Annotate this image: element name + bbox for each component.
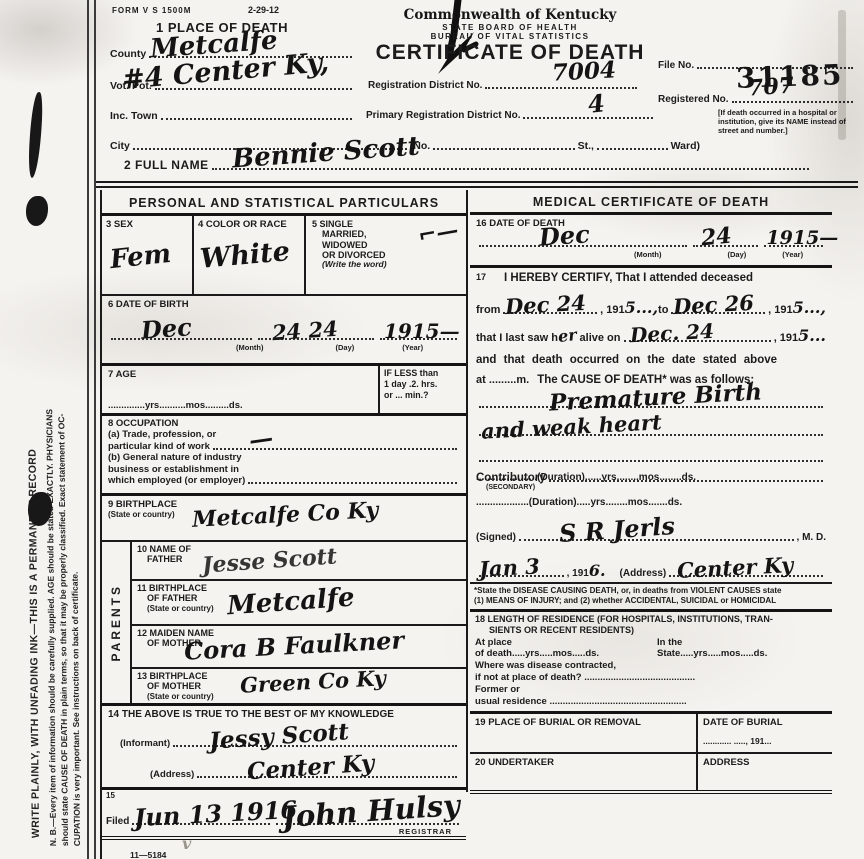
- occupation-a-line2-label: particular kind of work: [108, 441, 210, 452]
- disease-contracted-line1: Where was disease contracted,: [475, 660, 827, 672]
- column-divider-rule: [466, 190, 468, 792]
- cause-label: The CAUSE OF DEATH* was as follows:: [537, 374, 754, 386]
- scanned-death-certificate-page: { "margin": { "nb_line1": "N. B.—Every i…: [0, 0, 864, 859]
- bureau-heading: BUREAU OF VITAL STATISTICS: [375, 32, 645, 41]
- votpot-leader: [155, 88, 352, 90]
- state-board-heading: STATE BOARD OF HEALTH: [375, 23, 645, 32]
- at-place-cell: At place of death.....yrs.....mos.....ds…: [475, 637, 657, 661]
- inctown-row: Inc. Town: [110, 110, 355, 122]
- at-place-line2: of death.....yrs.....mos.....ds.: [475, 648, 657, 660]
- filed-row: 15 Filed Jun 13 1916 John Hulsy REGISTRA…: [102, 790, 466, 840]
- father-birthplace-row: 11 BIRTHPLACE OF FATHER (State or countr…: [132, 581, 466, 626]
- sex-cell: 3 SEX Fem: [102, 216, 194, 294]
- registrar-label: REGISTRAR: [106, 827, 462, 836]
- sex-race-marital-row: 3 SEX Fem 4 COLOR OR RACE White 5 SINGLE…: [102, 216, 466, 296]
- registration-district-label: Registration District No.: [368, 80, 482, 91]
- father-birthplace-note: (State or country): [137, 604, 461, 613]
- footnote-line-1: *State the DISEASE CAUSING DEATH, or, in…: [474, 586, 828, 596]
- cause-leader-2: and weak heart: [479, 432, 823, 436]
- cause-handwritten-2: and weak heart: [481, 411, 663, 441]
- parents-strip: PARENTS: [102, 542, 130, 703]
- birthplace-label: 9 BIRTHPLACE: [108, 499, 460, 510]
- in-state-line1: In the: [657, 637, 827, 649]
- dod-line: Dec 24 1915—: [476, 243, 826, 249]
- birthplace-row: 9 BIRTHPLACE (State or country) Metcalfe…: [102, 496, 466, 542]
- at-label: at .........m.: [476, 374, 529, 386]
- street-no-leader: [433, 148, 574, 150]
- if-less-line2: 1 day .2. hrs.: [384, 379, 462, 390]
- header-divider-rule: [96, 181, 858, 188]
- mother-name-row: 12 MAIDEN NAME OF MOTHER Cora B Faulkner: [132, 626, 466, 669]
- lastsaw-handwritten: Dec. 24: [629, 321, 714, 345]
- binding-rule-inner: [94, 0, 96, 859]
- attest-label: 14 THE ABOVE IS TRUE TO THE BEST OF MY K…: [108, 709, 460, 720]
- informant-address-leader: Center Ky: [197, 774, 457, 778]
- file-no-label: File No.: [658, 60, 694, 71]
- former-residence-line1: Former or: [475, 684, 827, 696]
- dob-label: 6 DATE OF BIRTH: [108, 299, 460, 310]
- dod-month-leader: Dec: [479, 243, 687, 247]
- dob-year-handwritten: 1915—: [384, 321, 460, 341]
- filed-date-handwritten: Jun 13 1916: [134, 798, 298, 831]
- marital-label-1: 5 SINGLE: [312, 219, 460, 229]
- occupation-b-line2: business or establishment in: [108, 464, 460, 475]
- inctown-label: Inc. Town: [110, 110, 158, 122]
- registered-no-label: Registered No.: [658, 94, 729, 105]
- sex-label: 3 SEX: [106, 219, 188, 230]
- medical-title-bar: MEDICAL CERTIFICATE OF DEATH: [470, 190, 832, 215]
- parents-block: PARENTS 10 NAME OF FATHER Jesse Scott 11…: [102, 542, 466, 706]
- personal-title: PERSONAL AND STATISTICAL PARTICULARS: [129, 196, 439, 210]
- burial-place-label: 19 PLACE OF BURIAL OR REMOVAL: [475, 717, 691, 728]
- lastsaw-year-prefix: , 191: [774, 332, 798, 344]
- to-label: to: [658, 304, 668, 316]
- place-of-death-heading: 1 PLACE OF DEATH: [156, 20, 288, 35]
- occupation-label: 8 OCCUPATION: [108, 418, 460, 429]
- from-year-handwritten: 5...,: [625, 300, 658, 316]
- informant-leader: Jessy Scott: [173, 743, 457, 747]
- occupation-b-leader: [248, 482, 457, 484]
- occupation-b-line3: which employed (or employer): [108, 475, 460, 486]
- county-label: County: [110, 48, 146, 60]
- informant-address-handwritten: Center Ky: [247, 752, 376, 784]
- dod-row: 16 DATE OF DEATH Dec 24 1915— (Month) (D…: [470, 215, 832, 268]
- age-label: 7 AGE: [108, 369, 372, 380]
- registration-district-leader: [485, 87, 637, 89]
- lastsaw-leader: Dec. 24: [624, 338, 771, 342]
- dob-row: 6 DATE OF BIRTH Dec 24 24 1915— (Month) …: [102, 296, 466, 366]
- signed-leader: S R Jerls: [519, 537, 794, 541]
- burial-row: 19 PLACE OF BURIAL OR REMOVAL DATE OF BU…: [470, 714, 832, 754]
- burial-place-cell: 19 PLACE OF BURIAL OR REMOVAL: [470, 714, 698, 752]
- ward-label: Ward): [671, 140, 700, 152]
- mother-name-label-1: 12 MAIDEN NAME: [137, 628, 461, 638]
- if-less-line1: IF LESS than: [384, 368, 462, 379]
- city-label: City: [110, 140, 130, 152]
- informant-line: (Informant) Jessy Scott: [120, 738, 460, 749]
- dod-year-caption: (Year): [782, 250, 803, 259]
- contributory-label: Contributory: [476, 472, 546, 484]
- sign-address-handwritten: Center Ky: [677, 554, 794, 581]
- dod-year-leader: 1915—: [764, 243, 823, 247]
- sign-year-handwritten: 6.: [589, 563, 606, 579]
- medical-title: MEDICAL CERTIFICATE OF DEATH: [533, 195, 769, 209]
- secondary-label: (SECONDARY): [486, 484, 826, 491]
- dod-caption-line: (Month) (Day) (Year): [476, 250, 826, 259]
- undertaker-address-label: ADDRESS: [703, 757, 827, 768]
- occupation-a-leader: —: [213, 446, 457, 450]
- commonwealth-heading: Commonwealth of Kentucky: [375, 7, 645, 23]
- dod-day-caption: (Day): [727, 250, 746, 259]
- dob-month-caption: (Month): [236, 343, 263, 352]
- registrar-signature-leader: John Hulsy: [276, 821, 459, 825]
- medical-column: MEDICAL CERTIFICATE OF DEATH 16 DATE OF …: [470, 190, 832, 794]
- full-name-row: 2 FULL NAME: [124, 158, 812, 172]
- in-state-cell: In the State.....yrs.....mos.....ds.: [657, 637, 827, 661]
- burial-date-label: DATE OF BURIAL: [703, 717, 827, 728]
- lastsaw-year-handwritten: 5...: [798, 328, 826, 344]
- undertaker-row: 20 UNDERTAKER ADDRESS: [470, 754, 832, 794]
- informant-label: (Informant): [120, 738, 170, 749]
- contributory-block: Contributory (SECONDARY) ...............…: [470, 470, 832, 520]
- mother-name-label-2: OF MOTHER: [137, 638, 461, 648]
- dob-day-leader: 24 24: [258, 336, 374, 340]
- former-residence-line2: usual residence ........................…: [475, 696, 827, 708]
- form-revision-date: 2-29-12: [248, 5, 279, 15]
- marital-label-3: WIDOWED: [312, 240, 460, 250]
- sign-date-line: Jan 3 , 191 6. (Address) Center Ky: [476, 563, 826, 579]
- certificate-title: CERTIFICATE OF DEATH: [375, 41, 645, 65]
- undertaker-cell: 20 UNDERTAKER: [470, 754, 698, 790]
- registration-district-row: Registration District No.: [368, 80, 640, 91]
- filed-line: Filed Jun 13 1916 John Hulsy: [106, 816, 462, 827]
- undertaker-address-cell: ADDRESS: [698, 754, 832, 790]
- lastsaw-pronoun-handwritten: er: [557, 327, 577, 345]
- residence-duration-line: At place of death.....yrs.....mos.....ds…: [475, 637, 827, 661]
- father-name-row: 10 NAME OF FATHER Jesse Scott: [132, 542, 466, 581]
- mother-birthplace-label-2: OF MOTHER: [137, 681, 461, 691]
- mother-birthplace-row: 13 BIRTHPLACE OF MOTHER (State or countr…: [132, 669, 466, 703]
- cause-heading-line: at .........m. The CAUSE OF DEATH* was a…: [476, 374, 826, 386]
- filed-number: 15: [106, 791, 462, 800]
- full-name-leader: [212, 168, 809, 170]
- attest-block: 14 THE ABOVE IS TRUE TO THE BEST OF MY K…: [102, 706, 466, 790]
- from-leader: Dec 24: [503, 310, 597, 314]
- cause-leader-1: Premature Birth: [479, 404, 823, 408]
- occupation-a-line2: particular kind of work —: [108, 441, 460, 452]
- primary-district-row: Primary Registration District No.: [366, 110, 656, 121]
- disease-contracted-line2: if not at place of death? ..............…: [475, 672, 827, 684]
- informant-address-line: (Address) Center Ky: [150, 769, 460, 780]
- dob-day-caption: (Day): [335, 343, 354, 352]
- race-cell: 4 COLOR OR RACE White: [194, 216, 306, 294]
- primary-district-label: Primary Registration District No.: [366, 110, 520, 121]
- father-name-label-1: 10 NAME OF: [137, 544, 461, 554]
- race-handwritten: White: [199, 238, 291, 273]
- occupation-a-line1: (a) Trade, profession, or: [108, 429, 460, 440]
- dob-caption-line: (Month) (Day) (Year): [108, 343, 460, 352]
- binding-rule-outer: [87, 0, 89, 859]
- cause-leader-3: [479, 458, 823, 462]
- mother-birthplace-label-1: 13 BIRTHPLACE: [137, 671, 461, 681]
- marital-cell: 5 SINGLE MARRIED, WIDOWED OR DIVORCED (W…: [306, 216, 466, 294]
- to-year-prefix: , 191: [768, 304, 792, 316]
- certify-text: I HEREBY CERTIFY, That I attended deceas…: [504, 272, 753, 284]
- from-year-prefix: , 191: [600, 304, 624, 316]
- marital-note: (Write the word): [312, 260, 460, 270]
- city-leader: [133, 148, 407, 150]
- dod-month-caption: (Month): [634, 250, 661, 259]
- contributory-line: Contributory: [476, 472, 826, 484]
- contributory-duration-line: ...................(Duration).....yrs...…: [476, 497, 826, 508]
- sign-address-label: (Address): [620, 568, 667, 579]
- county-leader: [149, 56, 352, 58]
- street-leader: [597, 148, 668, 150]
- signed-block: (Signed) S R Jerls , M. D. Jan 3 , 191 6…: [470, 520, 832, 582]
- informant-address-label: (Address): [150, 769, 194, 780]
- md-label: , M. D.: [797, 532, 826, 543]
- father-birthplace-label-2: OF FATHER: [137, 593, 461, 603]
- informant-handwritten: Jessy Scott: [209, 720, 350, 753]
- certify-heading-line: 17 I HEREBY CERTIFY, That I attended dec…: [476, 272, 826, 284]
- full-name-label: 2 FULL NAME: [124, 158, 209, 172]
- signed-line: (Signed) S R Jerls , M. D.: [476, 532, 826, 543]
- residence-label-1: 18 LENGTH OF RESIDENCE (FOR HOSPITALS, I…: [475, 614, 827, 625]
- from-handwritten: Dec 24: [505, 292, 587, 317]
- birthplace-note: (State or country): [108, 510, 460, 519]
- cause-line-2: and weak heart: [476, 432, 826, 438]
- registered-no-leader: [732, 101, 853, 103]
- personal-column: PERSONAL AND STATISTICAL PARTICULARS 3 S…: [100, 190, 466, 859]
- father-birthplace-label-1: 11 BIRTHPLACE: [137, 583, 461, 593]
- inctown-leader: [161, 118, 352, 120]
- residence-label-2: SIENTS OR RECENT RESIDENTS): [475, 625, 827, 636]
- occupation-b-line1: (b) General nature of industry: [108, 452, 460, 463]
- race-label: 4 COLOR OR RACE: [198, 219, 300, 230]
- marital-label-2: MARRIED,: [312, 229, 460, 239]
- age-row: 7 AGE ..............yrs..........mos....…: [102, 366, 466, 416]
- street-no-label: (No.: [410, 140, 430, 152]
- dod-label: 16 DATE OF DEATH: [476, 218, 826, 229]
- sign-year-prefix: , 191: [567, 568, 589, 579]
- footnote-line-2: (1) MEANS OF INJURY; and (2) whether ACC…: [474, 596, 828, 606]
- dob-year-leader: 1915—: [380, 336, 457, 340]
- to-leader: Dec 26: [671, 310, 765, 314]
- lastsaw-mid: alive on: [580, 332, 621, 344]
- filed-date-leader: Jun 13 1916: [132, 821, 269, 825]
- if-less-line3: or ... min.?: [384, 390, 462, 401]
- dob-month-leader: Dec: [111, 336, 252, 340]
- mother-birthplace-note: (State or country): [137, 692, 461, 701]
- residence-block: 18 LENGTH OF RESIDENCE (FOR HOSPITALS, I…: [470, 612, 832, 714]
- dob-year-caption: (Year): [402, 343, 423, 352]
- occurred-text: and that death occurred on the date stat…: [476, 354, 826, 366]
- at-place-line1: At place: [475, 637, 657, 649]
- parents-rows: 10 NAME OF FATHER Jesse Scott 11 BIRTHPL…: [130, 542, 466, 703]
- occupation-b-line3-label: which employed (or employer): [108, 475, 245, 486]
- to-handwritten: Dec 26: [673, 292, 755, 317]
- dod-day-leader: 24: [693, 243, 758, 247]
- undertaker-label: 20 UNDERTAKER: [475, 757, 691, 768]
- burial-date-line: ............ ....., 191...: [703, 736, 827, 746]
- parents-label: PARENTS: [109, 584, 123, 661]
- burial-date-cell: DATE OF BURIAL ............ ....., 191..…: [698, 714, 832, 752]
- certify-block: 17 I HEREBY CERTIFY, That I attended dec…: [470, 268, 832, 470]
- street-label: St.,: [578, 140, 594, 152]
- sex-handwritten: Fem: [109, 241, 172, 273]
- age-cell: 7 AGE ..............yrs..........mos....…: [102, 366, 378, 413]
- dob-month-handwritten: Dec: [140, 315, 192, 342]
- dod-year-handwritten: 1915—: [766, 229, 838, 248]
- filed-label: Filed: [106, 816, 129, 827]
- age-units: ..............yrs..........mos.........d…: [108, 400, 243, 411]
- personal-title-bar: PERSONAL AND STATISTICAL PARTICULARS: [102, 190, 466, 216]
- votpot-label: Vot. Pot.: [110, 80, 152, 92]
- certify-lastsaw-line: that I last saw h er alive on Dec. 24 , …: [476, 328, 826, 344]
- print-code: 11—5184: [130, 850, 466, 859]
- file-no-stamp: 31185: [735, 58, 844, 95]
- signed-label: (Signed): [476, 532, 516, 543]
- lastsaw-prefix: that I last saw h: [476, 332, 558, 344]
- if-less-cell: IF LESS than 1 day .2. hrs. or ... min.?: [378, 366, 466, 413]
- sign-date-leader: Jan 3: [479, 573, 564, 577]
- county-row: County: [110, 48, 355, 60]
- cause-line-1: Premature Birth: [476, 404, 826, 410]
- certify-number: 17: [476, 272, 486, 282]
- certify-from-line: from Dec 24 , 191 5..., to Dec 26 , 191 …: [476, 300, 826, 316]
- father-name-label-2: FATHER: [137, 554, 461, 564]
- dob-line: Dec 24 24 1915—: [108, 336, 460, 342]
- primary-district-leader: [523, 117, 653, 119]
- hospital-note: [If death occurred in a hospital or inst…: [718, 108, 864, 135]
- from-label: from: [476, 304, 500, 316]
- votpot-row: Vot. Pot.: [110, 80, 355, 92]
- sign-date-handwritten: Jan 3: [478, 555, 540, 579]
- form-code: FORM V S 1500M: [112, 6, 191, 15]
- sign-address-leader: Center Ky: [669, 573, 823, 577]
- dob-day-handwritten: 24 24: [272, 318, 339, 344]
- to-year-handwritten: 5...,: [793, 300, 826, 316]
- footnote-block: *State the DISEASE CAUSING DEATH, or, in…: [470, 582, 832, 612]
- in-state-line2: State.....yrs.....mos.....ds.: [657, 648, 827, 660]
- registered-no-row: Registered No.: [658, 94, 856, 105]
- city-row: City (No. St., Ward): [110, 140, 700, 152]
- occupation-row: 8 OCCUPATION (a) Trade, profession, or p…: [102, 416, 466, 496]
- contributory-leader: [549, 480, 823, 482]
- cause-line-3: [476, 458, 826, 464]
